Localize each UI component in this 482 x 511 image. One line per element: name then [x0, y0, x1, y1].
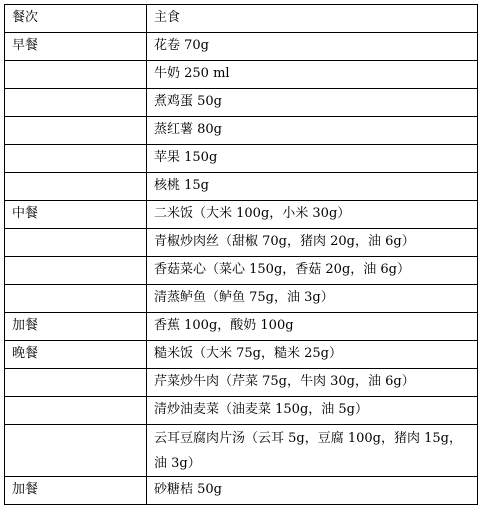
table-row: 中餐 二米饭（大米 100g，小米 30g）	[5, 201, 478, 229]
meal-cell: 晚餐	[5, 341, 147, 369]
table-row: 牛奶 250 ml	[5, 61, 478, 89]
meal-cell	[5, 89, 147, 117]
table-row: 蒸红薯 80g	[5, 117, 478, 145]
food-cell: 清炒油麦菜（油麦菜 150g，油 5g）	[147, 397, 478, 425]
food-cell: 蒸红薯 80g	[147, 117, 478, 145]
table-row: 云耳豆腐肉片汤（云耳 5g，豆腐 100g，猪肉 15g，油 3g）	[5, 425, 478, 477]
food-cell: 牛奶 250 ml	[147, 61, 478, 89]
meal-cell	[5, 285, 147, 313]
food-cell: 核桃 15g	[147, 173, 478, 201]
food-cell: 煮鸡蛋 50g	[147, 89, 478, 117]
meal-cell	[5, 229, 147, 257]
table-row: 苹果 150g	[5, 145, 478, 173]
meal-cell	[5, 425, 147, 477]
meal-cell: 中餐	[5, 201, 147, 229]
food-cell: 云耳豆腐肉片汤（云耳 5g，豆腐 100g，猪肉 15g，油 3g）	[147, 425, 478, 477]
table-row: 煮鸡蛋 50g	[5, 89, 478, 117]
meal-cell: 加餐	[5, 313, 147, 341]
meal-cell: 加餐	[5, 477, 147, 505]
food-cell: 青椒炒肉丝（甜椒 70g，猪肉 20g，油 6g）	[147, 229, 478, 257]
meal-cell	[5, 369, 147, 397]
table-row: 芹菜炒牛肉（芹菜 75g，牛肉 30g，油 6g）	[5, 369, 478, 397]
table-row: 香菇菜心（菜心 150g，香菇 20g，油 6g）	[5, 257, 478, 285]
meal-cell	[5, 397, 147, 425]
table-header-row: 餐次 主食	[5, 5, 478, 33]
food-cell: 香蕉 100g，酸奶 100g	[147, 313, 478, 341]
header-meal: 餐次	[5, 5, 147, 33]
table-row: 清蒸鲈鱼（鲈鱼 75g，油 3g）	[5, 285, 478, 313]
food-cell: 砂糖桔 50g	[147, 477, 478, 505]
table-row: 早餐 花卷 70g	[5, 33, 478, 61]
header-food: 主食	[147, 5, 478, 33]
meal-cell	[5, 145, 147, 173]
meal-cell: 早餐	[5, 33, 147, 61]
meal-cell	[5, 173, 147, 201]
food-cell: 清蒸鲈鱼（鲈鱼 75g，油 3g）	[147, 285, 478, 313]
food-cell: 芹菜炒牛肉（芹菜 75g，牛肉 30g，油 6g）	[147, 369, 478, 397]
food-cell: 二米饭（大米 100g，小米 30g）	[147, 201, 478, 229]
meal-cell	[5, 257, 147, 285]
food-cell: 香菇菜心（菜心 150g，香菇 20g，油 6g）	[147, 257, 478, 285]
table-row: 晚餐 糙米饭（大米 75g，糙米 25g）	[5, 341, 478, 369]
table-row: 加餐 砂糖桔 50g	[5, 477, 478, 505]
food-cell: 苹果 150g	[147, 145, 478, 173]
meal-cell	[5, 61, 147, 89]
food-cell: 花卷 70g	[147, 33, 478, 61]
table-row: 加餐 香蕉 100g，酸奶 100g	[5, 313, 478, 341]
table-row: 青椒炒肉丝（甜椒 70g，猪肉 20g，油 6g）	[5, 229, 478, 257]
meal-cell	[5, 117, 147, 145]
food-cell: 糙米饭（大米 75g，糙米 25g）	[147, 341, 478, 369]
table-row: 清炒油麦菜（油麦菜 150g，油 5g）	[5, 397, 478, 425]
meal-plan-table: 餐次 主食 早餐 花卷 70g 牛奶 250 ml 煮鸡蛋 50g 蒸红薯 80…	[4, 4, 478, 505]
table-row: 核桃 15g	[5, 173, 478, 201]
